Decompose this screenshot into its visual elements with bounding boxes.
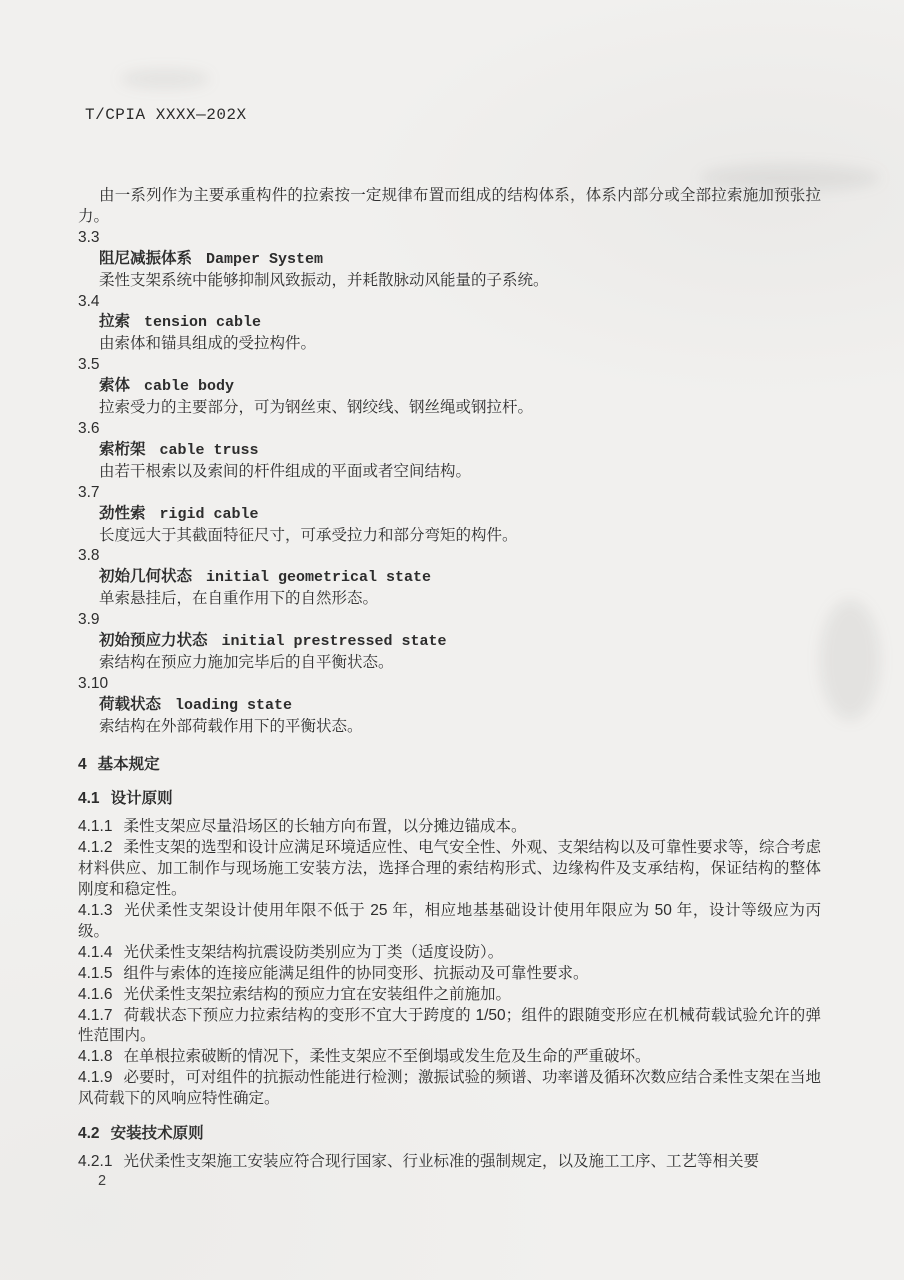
term-definition: 长度远大于其截面特征尺寸，可承受拉力和部分弯矩的构件。 — [78, 526, 821, 547]
clause-text: 光伏柔性支架拉索结构的预应力宜在安装组件之前施加。 — [123, 986, 511, 1003]
clause-text: 柔性支架应尽量沿场区的长轴方向布置，以分摊边锚成本。 — [123, 818, 526, 835]
term-definition: 柔性支架系统中能够抑制风致振动，并耗散脉动风能量的子系统。 — [78, 271, 821, 292]
page-content: 由一系列作为主要承重构件的拉索按一定规律布置而组成的结构体系，体系内部分或全部拉… — [78, 186, 821, 1173]
term-english: cable body — [144, 378, 234, 395]
clause-text: 组件与索体的连接应能满足组件的协同变形、抗振动及可靠性要求。 — [123, 965, 588, 982]
term-english: cable truss — [160, 442, 259, 459]
term-chinese: 初始预应力状态 — [99, 632, 208, 649]
clause-number: 4.1.6 — [78, 986, 112, 1003]
term-number: 3.9 — [78, 610, 821, 631]
term-english: tension cable — [144, 314, 261, 331]
term-title: 劲性索rigid cable — [78, 504, 821, 526]
scan-artifact — [120, 70, 210, 88]
subsection-title: 设计原则 — [111, 790, 173, 807]
term-entry: 3.3 阻尼减振体系Damper System 柔性支架系统中能够抑制风致振动，… — [78, 228, 821, 292]
term-entry: 3.5 索体cable body 拉索受力的主要部分，可为钢丝束、钢绞线、钢丝绳… — [78, 355, 821, 419]
term-number: 3.7 — [78, 483, 821, 504]
term-number: 3.4 — [78, 292, 821, 313]
term-entry: 3.6 索桁架cable truss 由若干根索以及索间的杆件组成的平面或者空间… — [78, 419, 821, 483]
section-4-heading: 4基本规定 — [78, 755, 821, 776]
clause-text: 光伏柔性支架设计使用年限不低于 25 年，相应地基基础设计使用年限应为 50 年… — [78, 902, 821, 940]
clause-text: 在单根拉索破断的情况下，柔性支架应不至倒塌或发生危及生命的严重破坏。 — [123, 1048, 650, 1065]
clause: 4.1.1柔性支架应尽量沿场区的长轴方向布置，以分摊边锚成本。 — [78, 817, 821, 838]
term-definition: 索结构在预应力施加完毕后的自平衡状态。 — [78, 653, 821, 674]
clause-list: 4.1.1柔性支架应尽量沿场区的长轴方向布置，以分摊边锚成本。 4.1.2柔性支… — [78, 817, 821, 1110]
running-header-doc-code: T/CPIA XXXX—202X — [85, 106, 247, 124]
page-number: 2 — [98, 1173, 106, 1189]
term-definition: 由索体和锚具组成的受拉构件。 — [78, 334, 821, 355]
subsection-heading: 4.2安装技术原则 — [78, 1124, 821, 1145]
clause-number: 4.1.8 — [78, 1048, 112, 1065]
term-title: 初始几何状态initial geometrical state — [78, 567, 821, 589]
clause: 4.1.6光伏柔性支架拉索结构的预应力宜在安装组件之前施加。 — [78, 985, 821, 1006]
clause-text: 光伏柔性支架施工安装应符合现行国家、行业标准的强制规定，以及施工工序、工艺等相关… — [123, 1153, 759, 1170]
term-definition: 由若干根索以及索间的杆件组成的平面或者空间结构。 — [78, 462, 821, 483]
clause-text: 柔性支架的选型和设计应满足环境适应性、电气安全性、外观、支架结构以及可靠性要求等… — [78, 839, 821, 898]
term-chinese: 索桁架 — [99, 441, 146, 458]
term-number: 3.6 — [78, 419, 821, 440]
clause-number: 4.1.9 — [78, 1069, 112, 1086]
clause-number: 4.2.1 — [78, 1153, 112, 1170]
subsection: 4.1设计原则 4.1.1柔性支架应尽量沿场区的长轴方向布置，以分摊边锚成本。 … — [78, 789, 821, 1110]
term-entry: 3.4 拉索tension cable 由索体和锚具组成的受拉构件。 — [78, 292, 821, 356]
term-entry: 3.9 初始预应力状态initial prestressed state 索结构… — [78, 610, 821, 674]
clause: 4.1.7荷载状态下预应力拉索结构的变形不宜大于跨度的 1/50；组件的跟随变形… — [78, 1006, 821, 1048]
subsection-number: 4.1 — [78, 790, 100, 807]
term-number: 3.5 — [78, 355, 821, 376]
clause-text: 必要时，可对组件的抗振动性能进行检测；激振试验的频谱、功率谱及循环次数应结合柔性… — [78, 1069, 821, 1107]
clause-number: 4.1.7 — [78, 1007, 112, 1024]
subsection-heading: 4.1设计原则 — [78, 789, 821, 810]
term-number: 3.10 — [78, 674, 821, 695]
term-entry: 3.8 初始几何状态initial geometrical state 单索悬挂… — [78, 546, 821, 610]
clause-number: 4.1.1 — [78, 818, 112, 835]
term-title: 荷载状态loading state — [78, 695, 821, 717]
term-entry: 3.7 劲性索rigid cable 长度远大于其截面特征尺寸，可承受拉力和部分… — [78, 483, 821, 547]
term-english: rigid cable — [160, 506, 259, 523]
terms-list: 3.3 阻尼减振体系Damper System 柔性支架系统中能够抑制风致振动，… — [78, 228, 821, 738]
term-chinese: 索体 — [99, 377, 130, 394]
subsection-title: 安装技术原则 — [111, 1125, 204, 1142]
subsection-number: 4.2 — [78, 1125, 100, 1142]
term-english: loading state — [175, 697, 292, 714]
term-title: 索体cable body — [78, 376, 821, 398]
section-number: 4 — [78, 756, 87, 773]
term-chinese: 阻尼减振体系 — [99, 250, 192, 267]
term-english: initial prestressed state — [222, 633, 447, 650]
subsection: 4.2安装技术原则 4.2.1光伏柔性支架施工安装应符合现行国家、行业标准的强制… — [78, 1124, 821, 1173]
clause-number: 4.1.5 — [78, 965, 112, 982]
term-number: 3.3 — [78, 228, 821, 249]
term-english: Damper System — [206, 251, 323, 268]
clause-text: 荷载状态下预应力拉索结构的变形不宜大于跨度的 1/50；组件的跟随变形应在机械荷… — [78, 1007, 821, 1045]
clause: 4.1.4光伏柔性支架结构抗震设防类别应为丁类（适度设防）。 — [78, 943, 821, 964]
term-title: 拉索tension cable — [78, 312, 821, 334]
clause-number: 4.1.4 — [78, 944, 112, 961]
clause: 4.1.2柔性支架的选型和设计应满足环境适应性、电气安全性、外观、支架结构以及可… — [78, 838, 821, 901]
intro-paragraph: 由一系列作为主要承重构件的拉索按一定规律布置而组成的结构体系，体系内部分或全部拉… — [78, 186, 821, 228]
clause: 4.2.1光伏柔性支架施工安装应符合现行国家、行业标准的强制规定，以及施工工序、… — [78, 1152, 821, 1173]
clause-text: 光伏柔性支架结构抗震设防类别应为丁类（适度设防）。 — [123, 944, 503, 961]
term-title: 初始预应力状态initial prestressed state — [78, 631, 821, 653]
scan-artifact — [820, 600, 880, 720]
term-entry: 3.10 荷载状态loading state 索结构在外部荷载作用下的平衡状态。 — [78, 674, 821, 738]
subsections-container: 4.1设计原则 4.1.1柔性支架应尽量沿场区的长轴方向布置，以分摊边锚成本。 … — [78, 789, 821, 1172]
term-definition: 索结构在外部荷载作用下的平衡状态。 — [78, 717, 821, 738]
clause: 4.1.9必要时，可对组件的抗振动性能进行检测；激振试验的频谱、功率谱及循环次数… — [78, 1068, 821, 1110]
document-page: T/CPIA XXXX—202X 由一系列作为主要承重构件的拉索按一定规律布置而… — [0, 0, 904, 1280]
term-english: initial geometrical state — [206, 569, 431, 586]
term-chinese: 劲性索 — [99, 505, 146, 522]
term-definition: 拉索受力的主要部分，可为钢丝束、钢绞线、钢丝绳或钢拉杆。 — [78, 398, 821, 419]
term-chinese: 拉索 — [99, 313, 130, 330]
term-chinese: 荷载状态 — [99, 696, 161, 713]
clause-number: 4.1.2 — [78, 839, 112, 856]
section-title: 基本规定 — [98, 756, 160, 773]
clause: 4.1.3光伏柔性支架设计使用年限不低于 25 年，相应地基基础设计使用年限应为… — [78, 901, 821, 943]
clause: 4.1.8在单根拉索破断的情况下，柔性支架应不至倒塌或发生危及生命的严重破坏。 — [78, 1047, 821, 1068]
term-title: 阻尼减振体系Damper System — [78, 249, 821, 271]
clause: 4.1.5组件与索体的连接应能满足组件的协同变形、抗振动及可靠性要求。 — [78, 964, 821, 985]
term-number: 3.8 — [78, 546, 821, 567]
term-definition: 单索悬挂后，在自重作用下的自然形态。 — [78, 589, 821, 610]
clause-number: 4.1.3 — [78, 902, 112, 919]
term-title: 索桁架cable truss — [78, 440, 821, 462]
clause-list: 4.2.1光伏柔性支架施工安装应符合现行国家、行业标准的强制规定，以及施工工序、… — [78, 1152, 821, 1173]
term-chinese: 初始几何状态 — [99, 568, 192, 585]
